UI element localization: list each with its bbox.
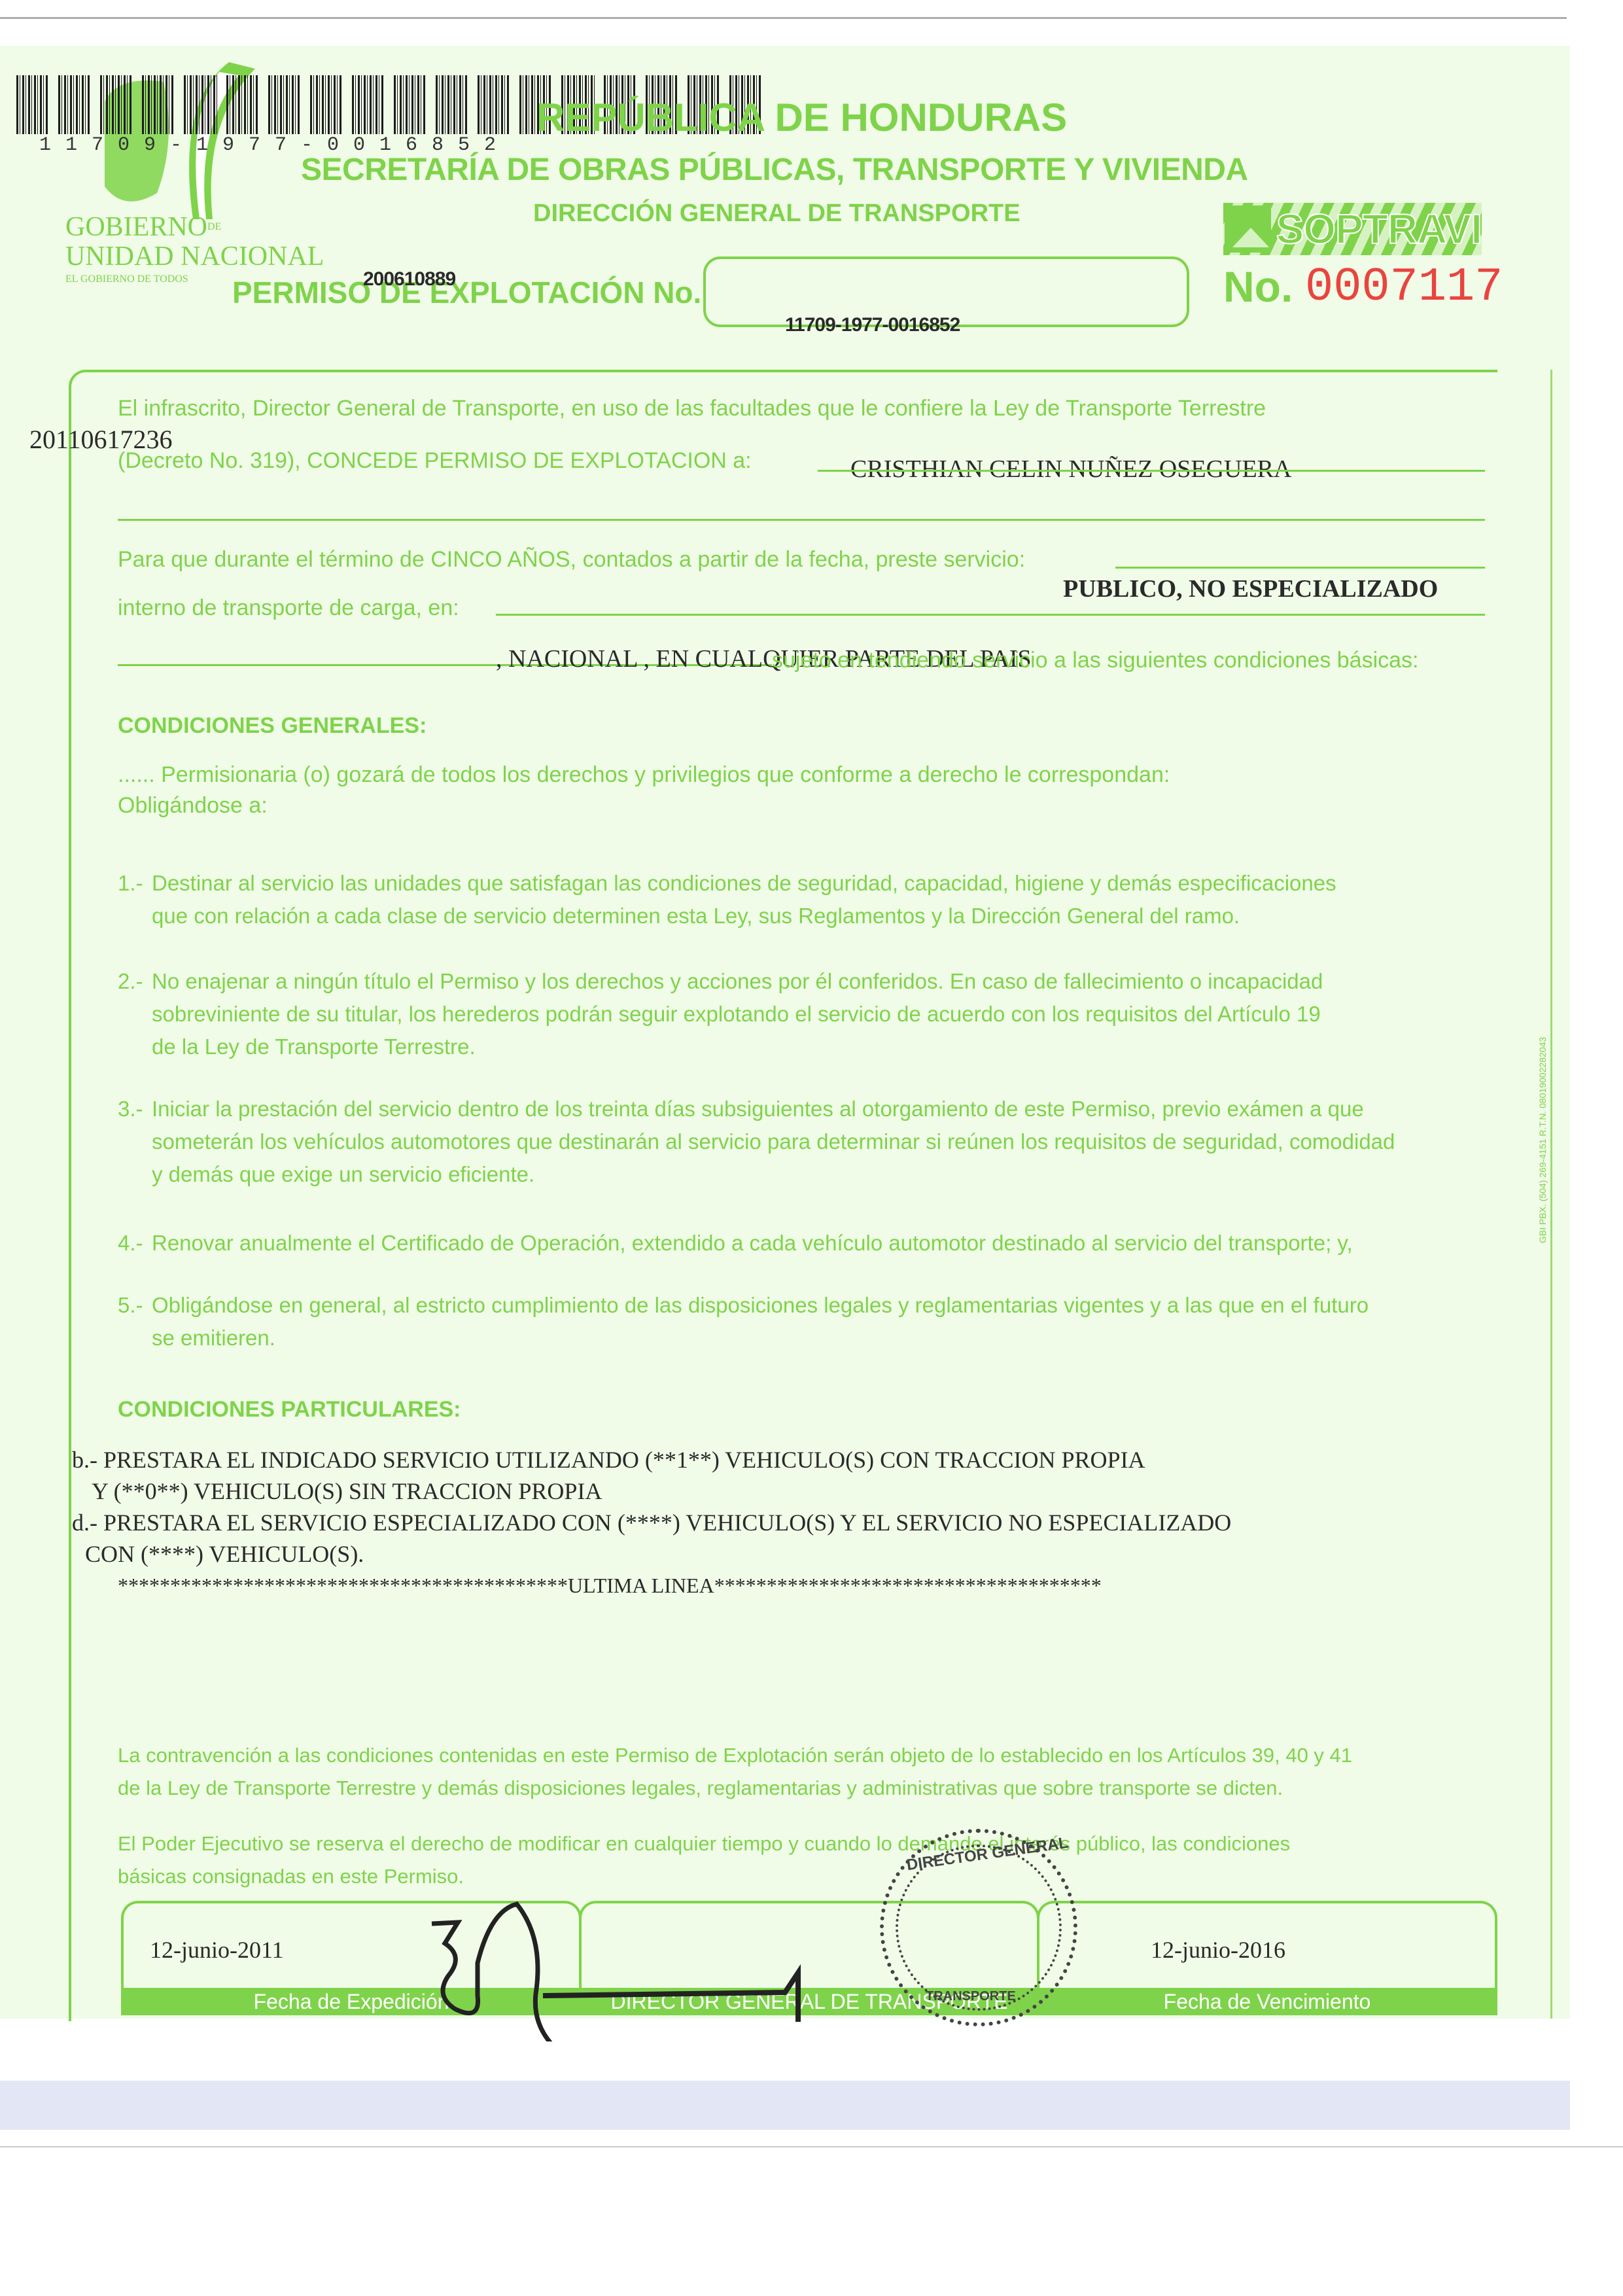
blank-line xyxy=(118,519,1485,521)
government-name-line1: GOBIERNODE xyxy=(65,213,221,241)
serial-label: No. xyxy=(1223,262,1293,311)
intro-line1: El infrascrito, Director General de Tran… xyxy=(118,396,1266,421)
particular-condition-line: Y (**0**) VEHICULO(S) SIN TRACCION PROPI… xyxy=(92,1477,602,1505)
printer-note: GBI PBX. (504) 269-4151 R.T.N. 080190022… xyxy=(1537,1037,1548,1243)
general-conditions-heading: CONDICIONES GENERALES: xyxy=(118,713,427,739)
condition-number: 4.- xyxy=(118,1227,152,1260)
condition-number: 2.- xyxy=(118,965,152,998)
particular-conditions-heading: CONDICIONES PARTICULARES: xyxy=(118,1397,461,1422)
government-name-line2: UNIDAD NACIONAL xyxy=(65,241,324,272)
general-condition-5: 5.-Obligándose en general, al estricto c… xyxy=(118,1289,1492,1354)
obligation-intro: Obligándose a: xyxy=(118,793,268,819)
executive-power-line: El Poder Ejecutivo se reserva el derecho… xyxy=(118,1832,1290,1856)
executive-power-line: básicas consignadas en este Permiso. xyxy=(118,1865,464,1888)
last-line: ****************************************… xyxy=(118,1574,1102,1598)
condition-number: 3.- xyxy=(118,1093,152,1125)
expiry-date: 12-junio-2016 xyxy=(1151,1936,1285,1964)
scan-artifact-band xyxy=(0,2081,1570,2130)
contravention-line: La contravención a las condiciones conte… xyxy=(118,1744,1352,1767)
scan-edge-bottom xyxy=(0,2146,1623,2147)
general-condition-1: 1.-Destinar al servicio las unidades que… xyxy=(118,867,1492,932)
particular-condition-line: b.- PRESTARA EL INDICADO SERVICIO UTILIZ… xyxy=(72,1446,1145,1474)
conditions-tail: sujeto en tendiendo servicio a las sigui… xyxy=(772,648,1419,673)
holder-name-line xyxy=(818,470,1485,472)
condition-number: 1.- xyxy=(118,867,152,900)
particular-condition-line: d.- PRESTARA EL SERVICIO ESPECIALIZADO C… xyxy=(72,1509,1231,1536)
general-condition-2: 2.-No enajenar a ningún título el Permis… xyxy=(118,965,1492,1063)
general-condition-4: 4.-Renovar anualmente el Certificado de … xyxy=(118,1227,1492,1260)
contravention-line: de la Ley de Transporte Terrestre y demá… xyxy=(118,1776,1283,1800)
frame-right-rule xyxy=(1550,370,1552,2019)
republic-title: REPÚBLICA DE HONDURAS xyxy=(536,95,1067,140)
expiry-date-label: Fecha de Vencimiento xyxy=(1039,1988,1495,2015)
expiry-date-cell: 12-junio-2016 Fecha de Vencimiento xyxy=(1037,1901,1497,2015)
permit-number: 11709-1977-0016852 xyxy=(785,314,960,336)
service-line xyxy=(1115,567,1485,569)
cargo-fill-line xyxy=(496,614,1485,616)
seal-bottom-text: TRANSPORTE xyxy=(926,1989,1016,2004)
cargo-line: interno de transporte de carga, en: xyxy=(118,595,459,621)
condition-number: 5.- xyxy=(118,1289,152,1322)
scan-edge xyxy=(0,17,1567,19)
secretariat-title: SECRETARÍA DE OBRAS PÚBLICAS, TRANSPORTE… xyxy=(301,152,1248,188)
term-line: Para que durante el término de CINCO AÑO… xyxy=(118,547,1025,573)
soptravi-logo: SOPTRAVI xyxy=(1223,203,1482,255)
intro-line2: (Decreto No. 319), CONCEDE PERMISO DE EX… xyxy=(118,448,752,474)
issue-date: 12-junio-2011 xyxy=(150,1936,284,1964)
direction-title: DIRECCIÓN GENERAL DE TRANSPORTE xyxy=(533,200,1021,228)
serial-number: 0007117 xyxy=(1305,260,1503,314)
general-intro: ...... Permisionaria (o) gozará de todos… xyxy=(118,762,1170,788)
permit-label: PERMISO DE EXPLOTACIÓN No. xyxy=(232,275,701,310)
particular-condition-line: CON (****) VEHICULO(S). xyxy=(85,1540,364,1568)
stamp-number: 200610889 xyxy=(363,268,455,291)
general-condition-3: 3.-Iniciar la prestación del servicio de… xyxy=(118,1093,1492,1191)
service-type: PUBLICO, NO ESPECIALIZADO xyxy=(1063,574,1438,603)
government-slogan: EL GOBIERNO DE TODOS xyxy=(65,274,188,285)
holder-name: CRISTHIAN CELIN NUÑEZ OSEGUERA xyxy=(850,455,1291,484)
soptravi-emblem-icon xyxy=(1225,205,1271,253)
